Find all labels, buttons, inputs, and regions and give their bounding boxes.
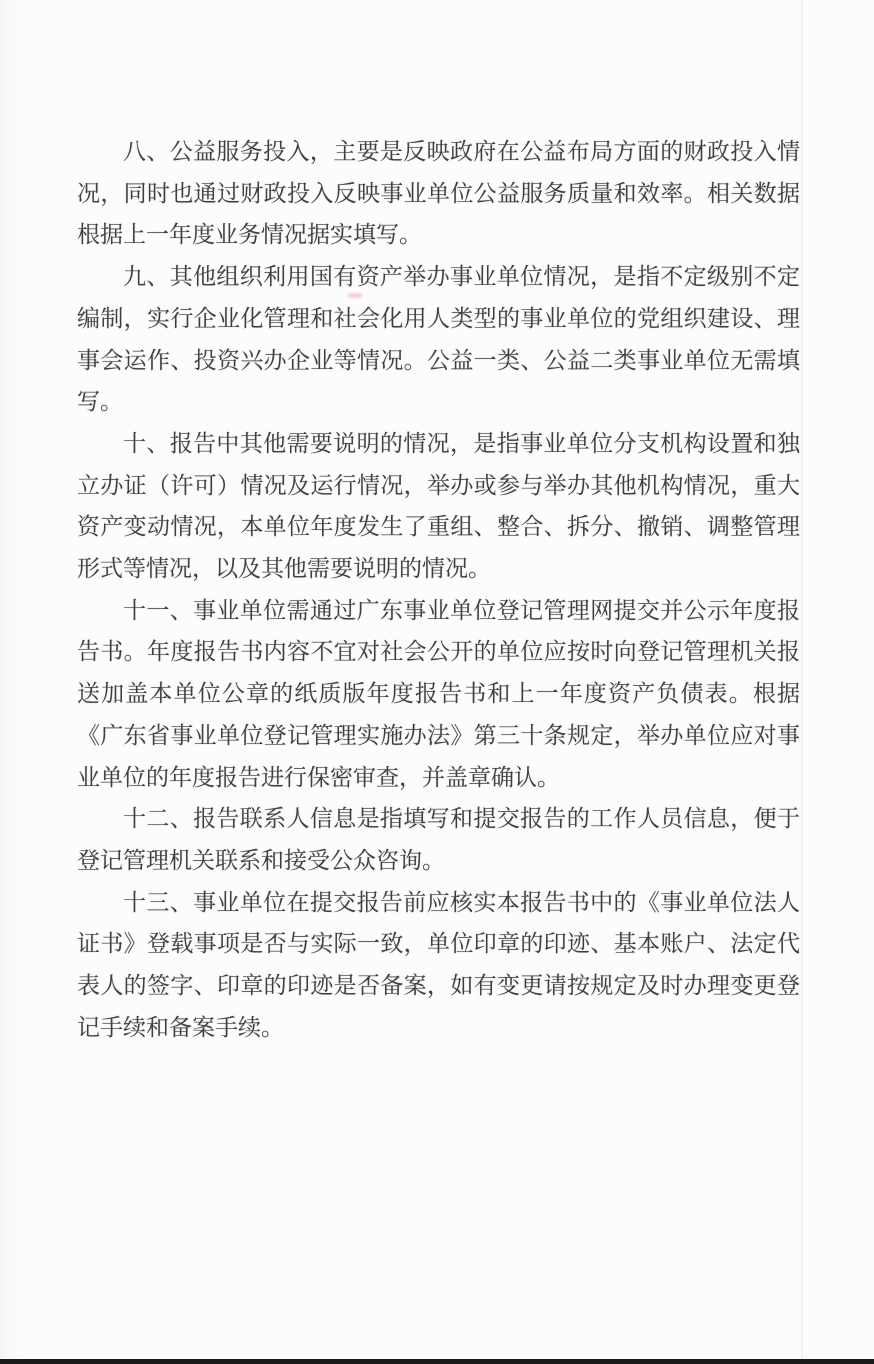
scan-fold-line — [801, 0, 803, 1359]
paragraph-item-9: 九、其他组织利用国有资产举办事业单位情况，是指不定级别不定编制，实行企业化管理和… — [77, 256, 800, 423]
paragraph-item-11: 十一、事业单位需通过广东事业单位登记管理网提交并公示年度报告书。年度报告书内容不… — [77, 590, 800, 799]
paragraph-item-10: 十、报告中其他需要说明的情况，是指事业单位分支机构设置和独立办证（许可）情况及运… — [77, 423, 800, 590]
scan-color-artifact — [347, 293, 363, 298]
paragraph-item-8: 八、公益服务投入，主要是反映政府在公益布局方面的财政投入情况，同时也通过财政投入… — [77, 131, 800, 256]
document-body: 八、公益服务投入，主要是反映政府在公益布局方面的财政投入情况，同时也通过财政投入… — [77, 131, 800, 1048]
paragraph-item-13: 十三、事业单位在提交报告前应核实本报告书中的《事业单位法人证书》登载事项是否与实… — [77, 882, 800, 1049]
scanned-document-page: 八、公益服务投入，主要是反映政府在公益布局方面的财政投入情况，同时也通过财政投入… — [0, 0, 874, 1364]
scan-bottom-edge — [0, 1359, 874, 1364]
paragraph-item-12: 十二、报告联系人信息是指填写和提交报告的工作人员信息，便于登记管理机关联系和接受… — [77, 798, 800, 881]
